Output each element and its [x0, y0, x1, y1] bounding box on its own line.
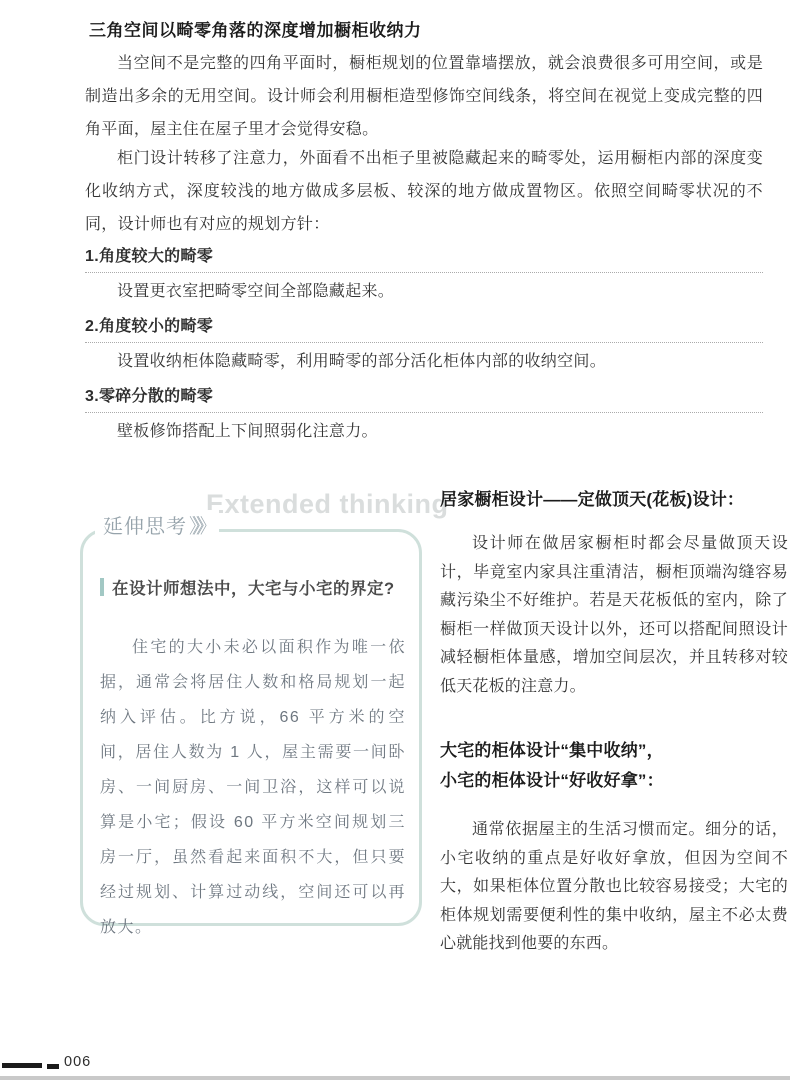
book-page: 三角空间以畸零角落的深度增加橱柜收纳力 当空间不是完整的四角平面时，橱柜规划的位… — [0, 0, 790, 1080]
right-section2-body: 通常依据屋主的生活习惯而定。细分的话，小宅收纳的重点是好收好拿放，但因为空间不大… — [440, 816, 788, 959]
guideline-heading-2: 2.角度较小的畸零 — [85, 313, 763, 343]
chevrons-icon: 》》》 — [189, 516, 211, 538]
guideline-heading-1: 1.角度较大的畸零 — [85, 243, 763, 273]
right-section2-heading-line1: 大宅的柜体设计“集中收纳”， — [440, 736, 788, 766]
footer-rule — [2, 1063, 42, 1068]
guideline-heading-3: 3.零碎分散的畸零 — [85, 383, 763, 413]
guideline-body-2: 设置收纳柜体隐藏畸零，利用畸零的部分活化柜体内部的收纳空间。 — [85, 343, 763, 383]
right-section1-body: 设计师在做居家橱柜时都会尽量做顶天设计，毕竟室内家具注重清洁，橱柜顶端沟缝容易藏… — [440, 530, 788, 701]
extended-thinking-label-text: 延伸思考 — [103, 516, 187, 538]
guideline-body-3: 壁板修饰搭配上下间照弱化注意力。 — [85, 413, 763, 453]
teal-bar-icon — [100, 578, 104, 596]
page-number: 006 — [64, 1054, 91, 1070]
box-question-text: 在设计师想法中，大宅与小宅的界定? — [112, 575, 395, 599]
footer-dash-icon — [47, 1064, 59, 1069]
box-body-text: 住宅的大小未必以面积作为唯一依据，通常会将居住人数和格局规划一起纳入评估。比方说… — [100, 630, 406, 945]
intro-paragraph-2: 柜门设计转移了注意力，外面看不出柜子里被隐藏起来的畸零处，运用橱柜内部的深度变化… — [85, 142, 763, 241]
page-title: 三角空间以畸零角落的深度增加橱柜收纳力 — [89, 16, 769, 41]
extended-thinking-watermark: Extended thinking — [206, 489, 449, 520]
guideline-body-1: 设置更衣室把畸零空间全部隐藏起来。 — [85, 273, 763, 313]
right-section2-heading-line2: 小宅的柜体设计“好收好拿”： — [440, 766, 788, 796]
extended-thinking-label: 延伸思考》》》 — [95, 510, 219, 539]
guideline-list: 1.角度较大的畸零 设置更衣室把畸零空间全部隐藏起来。 2.角度较小的畸零 设置… — [85, 243, 763, 453]
box-question: 在设计师想法中，大宅与小宅的界定? — [100, 575, 406, 599]
page-edge-strip — [0, 1076, 790, 1080]
intro-paragraph-1: 当空间不是完整的四角平面时，橱柜规划的位置靠墙摆放，就会浪费很多可用空间，或是制… — [85, 47, 763, 146]
right-section1-heading: 居家橱柜设计——定做顶天(花板)设计： — [440, 485, 788, 510]
right-section2-heading: 大宅的柜体设计“集中收纳”， 小宅的柜体设计“好收好拿”： — [440, 736, 788, 796]
